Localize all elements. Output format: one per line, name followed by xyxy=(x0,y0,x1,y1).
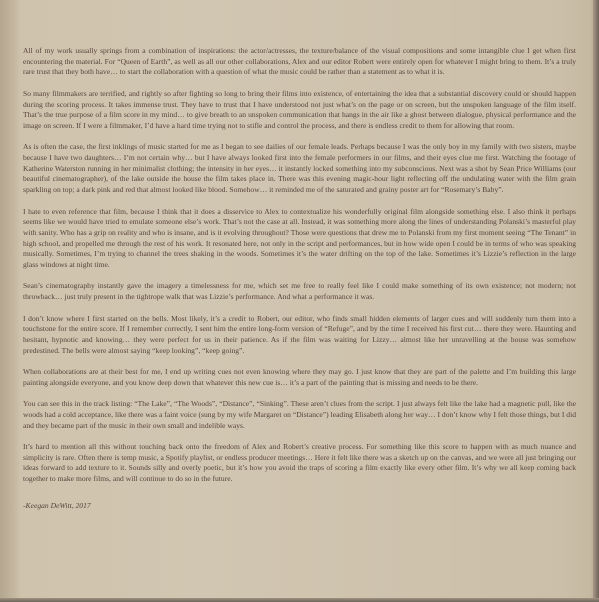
scanned-page: All of my work usually springs from a co… xyxy=(0,0,594,598)
paragraph: You can see this in the track listing: “… xyxy=(23,399,576,431)
paragraph: I hate to even reference that film, beca… xyxy=(23,207,576,271)
paragraph: So many filmmakers are terrified, and ri… xyxy=(23,89,576,132)
paragraph: Sean’s cinematography instantly gave the… xyxy=(23,281,576,302)
spine-shadow xyxy=(0,0,20,598)
paragraph: When collaborations are at their best fo… xyxy=(23,367,576,388)
paragraph: All of my work usually springs from a co… xyxy=(23,46,576,78)
author-signature: -Keegan DeWitt, 2017 xyxy=(23,501,576,512)
paragraph: It’s hard to mention all this without to… xyxy=(23,442,576,485)
paragraph: As is often the case, the first inklings… xyxy=(23,142,576,196)
paragraph: I don’t know where I first started on th… xyxy=(23,314,576,357)
liner-notes-text: All of my work usually springs from a co… xyxy=(23,46,576,519)
page-edge-right xyxy=(593,0,599,602)
page-edge-bottom xyxy=(0,598,599,602)
